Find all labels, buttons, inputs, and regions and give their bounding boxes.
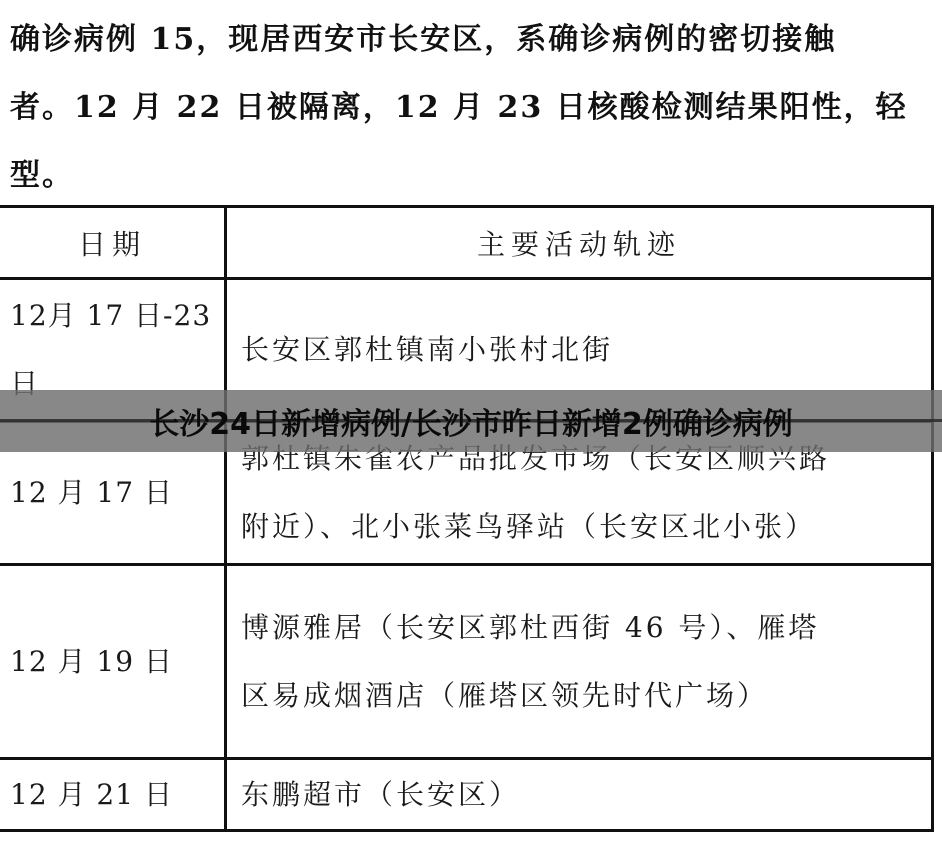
case-description-paragraph: 确诊病例 15，现居西安市长安区，系确诊病例的密切接触 者。12 月 22 日被… [10, 6, 930, 210]
header-date: 日期 [0, 208, 227, 277]
document-page: 确诊病例 15，现居西安市长安区，系确诊病例的密切接触 者。12 月 22 日被… [0, 0, 942, 842]
track-cell: 东鹏超市（长安区） [227, 760, 931, 829]
paragraph-line: 型。 [10, 142, 930, 210]
date-cell: 12 月 19 日 [0, 566, 227, 757]
date-line: 12 月 19 日 [10, 628, 173, 696]
header-track: 主要活动轨迹 [227, 208, 931, 277]
table-row: 12 月 21 日 东鹏超市（长安区） [0, 760, 931, 832]
track-line: 长安区郭杜镇南小张村北街 [241, 316, 613, 384]
paragraph-line: 确诊病例 15，现居西安市长安区，系确诊病例的密切接触 [10, 6, 930, 74]
headline-title: 长沙24日新增病例/长沙市昨日新增2例确诊病例 [149, 399, 793, 443]
track-line: 博源雅居（长安区郭杜西街 46 号）、雁塔 [241, 594, 819, 662]
date-line: 12月 17 日-23 [10, 282, 211, 350]
track-cell: 博源雅居（长安区郭杜西街 46 号）、雁塔 区易成烟酒店（雁塔区领先时代广场） [227, 566, 931, 757]
table-row: 12 月 19 日 博源雅居（长安区郭杜西街 46 号）、雁塔 区易成烟酒店（雁… [0, 566, 931, 760]
table-header-row: 日期 主要活动轨迹 [0, 208, 931, 280]
track-line: 区易成烟酒店（雁塔区领先时代广场） [241, 662, 819, 730]
activity-track-table: 日期 主要活动轨迹 12月 17 日-23 日 长安区郭杜镇南小张村北街 12 … [0, 205, 934, 832]
date-cell: 12 月 21 日 [0, 760, 227, 829]
track-line: 东鹏超市（长安区） [241, 761, 520, 829]
date-line: 12 月 17 日 [10, 459, 173, 527]
date-line: 12 月 21 日 [10, 761, 173, 829]
headline-overlay-banner: 长沙24日新增病例/长沙市昨日新增2例确诊病例 [0, 390, 942, 452]
paragraph-line: 者。12 月 22 日被隔离，12 月 23 日核酸检测结果阳性，轻 [10, 74, 930, 142]
track-line: 附近）、北小张菜鸟驿站（长安区北小张） [241, 493, 830, 561]
